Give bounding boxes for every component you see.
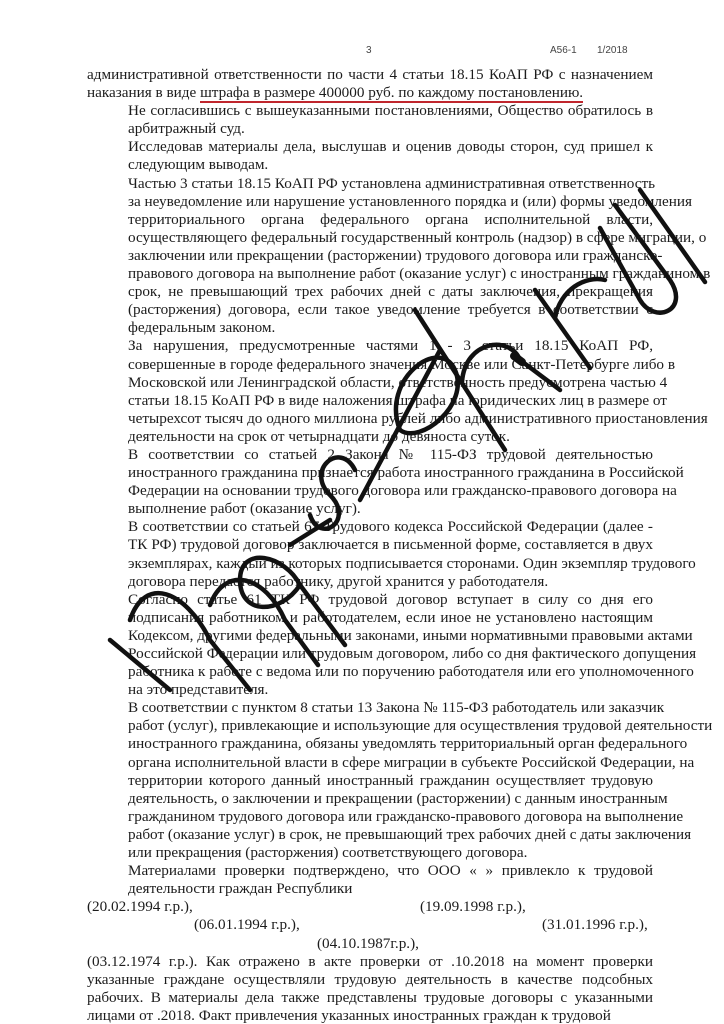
text-line: территории которого данный иностранный г… — [87, 772, 653, 790]
paragraph: Согласно статье 61 ТК РФ трудовой догово… — [87, 591, 653, 700]
paragraph: В соответствии с пунктом 8 статьи 13 Зак… — [87, 699, 653, 862]
text-line: В соответствии со статьей 2 Закона № 115… — [87, 446, 653, 464]
text-line: ТК РФ) трудовой договор заключается в пи… — [87, 536, 653, 554]
text-line: заключении или прекращении (расторжении)… — [87, 247, 653, 265]
text-line: Федерации на основании трудового договор… — [87, 482, 653, 500]
text-line: (расторжения) договора, если такое уведо… — [87, 301, 653, 319]
text-line: иностранного гражданина признается работ… — [87, 464, 653, 482]
paragraph: В соответствии со статьей 2 Закона № 115… — [87, 446, 653, 518]
paragraph: Исследовав материалы дела, выслушав и оц… — [87, 138, 653, 174]
text-line: срок, не превышающий трех рабочих дней с… — [87, 283, 653, 301]
text-line: экземплярах, каждый из которых подписыва… — [87, 555, 653, 573]
paragraph: За нарушения, предусмотренные частями 1 … — [87, 337, 653, 446]
text-line: наказания в виде штрафа в размере 400000… — [87, 84, 653, 102]
page-number: 3 — [366, 45, 372, 56]
text-line: Исследовав материалы дела, выслушав и оц… — [87, 138, 653, 156]
text-line: совершенные в городе федерального значен… — [87, 356, 653, 374]
birthdate-row: (20.02.1994 г.р.), (19.09.1998 г.р.), — [87, 898, 653, 916]
birthdate-row: (04.10.1987г.р.), — [87, 935, 653, 953]
text-line: лицами от .2018. Факт привлечения указан… — [87, 1007, 653, 1024]
text-line: Частью 3 статьи 18.15 КоАП РФ установлен… — [87, 175, 653, 193]
text-line: работ (оказание услуг) в срок, не превыш… — [87, 826, 653, 844]
text-line: В соответствии с пунктом 8 статьи 13 Зак… — [87, 699, 653, 717]
page-header: 3 А56-1 1/2018 — [0, 45, 724, 59]
text-line: четырехсот тысяч до одного миллиона рубл… — [87, 410, 653, 428]
text-line: гражданином трудового договора или гражд… — [87, 808, 653, 826]
text-line: Согласно статье 61 ТК РФ трудовой догово… — [87, 591, 653, 609]
text-line: Материалами проверки подтверждено, что О… — [87, 862, 653, 880]
text-line: (03.12.1974 г.р.). Как отражено в акте п… — [87, 953, 653, 971]
text-line: на это представителя. — [87, 681, 653, 699]
text-line: за неуведомление или нарушение установле… — [87, 193, 653, 211]
text-line: рабочих. В материалы дела также представ… — [87, 989, 653, 1007]
text-line: или прекращения (расторжения) соответств… — [87, 844, 653, 862]
red-underlined-text: штрафа в размере 400000 руб. по каждому … — [200, 84, 583, 103]
birthdate: (19.09.1998 г.р.), — [420, 898, 526, 916]
birthdate: (04.10.1987г.р.), — [317, 935, 419, 953]
text-line: договора передается работнику, другой хр… — [87, 573, 653, 591]
case-number: А56-1 — [550, 45, 577, 56]
text-line: федеральным законом. — [87, 319, 653, 337]
paragraph: Материалами проверки подтверждено, что О… — [87, 862, 653, 898]
text-line: деятельности на срок от четырнадцати до … — [87, 428, 653, 446]
text-line: В соответствии со статьей 67 Трудового к… — [87, 518, 653, 536]
paragraph: В соответствии со статьей 67 Трудового к… — [87, 518, 653, 590]
text-line: деятельности граждан Республики — [87, 880, 653, 898]
text-line: подписания работником и работодателем, е… — [87, 609, 653, 627]
text-line: За нарушения, предусмотренные частями 1 … — [87, 337, 653, 355]
text-line: Российской Федерации или трудовым догово… — [87, 645, 653, 663]
document-body: административной ответственности по част… — [87, 66, 653, 1024]
text-line: статьи 18.15 КоАП РФ в виде наложения шт… — [87, 392, 653, 410]
text-line: работника к работе с ведома или по поруч… — [87, 663, 653, 681]
text-line: осуществляющего федеральный государствен… — [87, 229, 653, 247]
text-line: органа исполнительной власти в сфере миг… — [87, 754, 653, 772]
paragraph-penalty: административной ответственности по част… — [87, 66, 653, 102]
paragraph: Не согласившись с вышеуказанными постано… — [87, 102, 653, 138]
text-line: деятельность, о заключении и прекращении… — [87, 790, 653, 808]
case-year: 1/2018 — [597, 45, 628, 56]
birthdate: (20.02.1994 г.р.), — [87, 898, 193, 916]
text-fragment: наказания в виде — [87, 84, 200, 101]
text-line: территориального органа федерального орг… — [87, 211, 653, 229]
text-line: административной ответственности по част… — [87, 66, 653, 84]
text-line: выполнение работ (оказание услуг). — [87, 500, 653, 518]
text-line: следующим выводам. — [87, 156, 653, 174]
text-line: правового договора на выполнение работ (… — [87, 265, 653, 283]
text-line: Кодексом, другими федеральными законами,… — [87, 627, 653, 645]
paragraph: Частью 3 статьи 18.15 КоАП РФ установлен… — [87, 175, 653, 338]
birthdate-row: (06.01.1994 г.р.), (31.01.1996 г.р.), — [87, 916, 653, 934]
text-line: работ (услуг), привлекающие и использующ… — [87, 717, 653, 735]
text-line: арбитражный суд. — [87, 120, 653, 138]
text-line: указанные граждане осуществляли трудовую… — [87, 971, 653, 989]
text-line: Не согласившись с вышеуказанными постано… — [87, 102, 653, 120]
paragraph: (03.12.1974 г.р.). Как отражено в акте п… — [87, 953, 653, 1024]
text-line: иностранного гражданина, обязаны уведомл… — [87, 735, 653, 753]
text-line: Московской или Ленинградской области, от… — [87, 374, 653, 392]
birthdate: (31.01.1996 г.р.), — [542, 916, 648, 934]
birthdate: (06.01.1994 г.р.), — [194, 916, 300, 934]
